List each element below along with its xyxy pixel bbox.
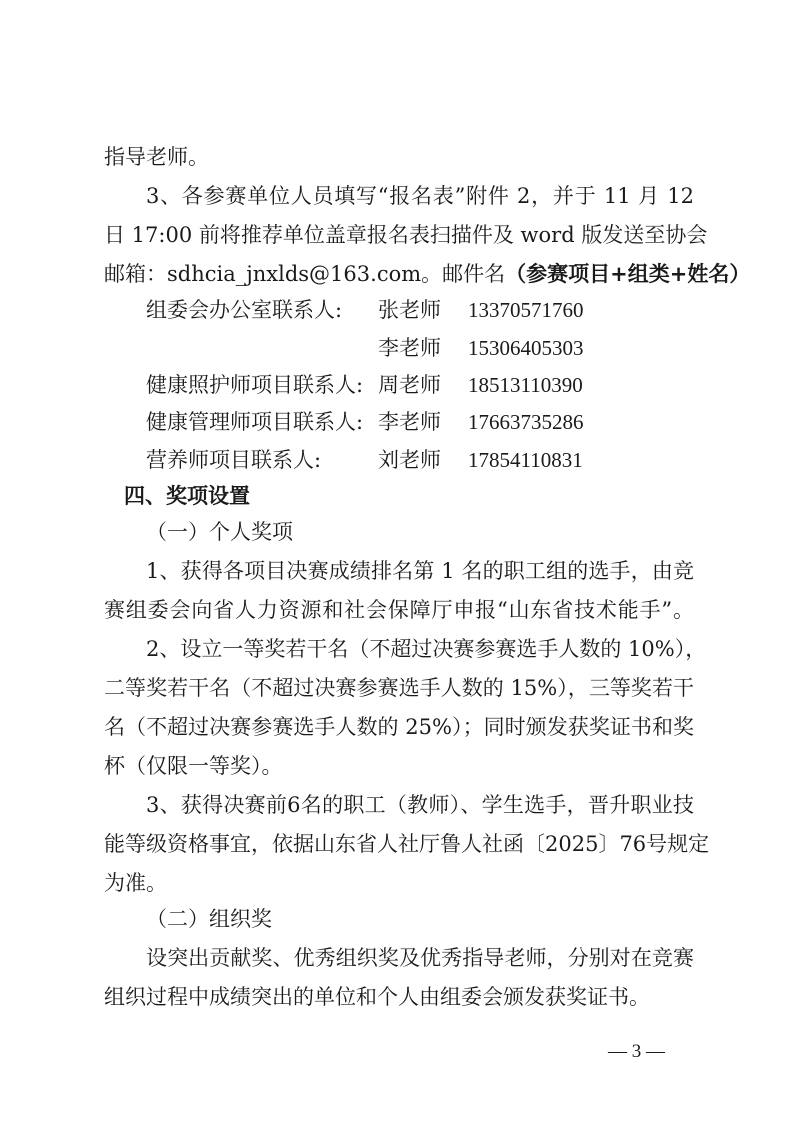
paragraph-line: 3、获得决赛前6名的职工（教师）、学生选手，晋升职业技 [146,792,694,818]
paragraph-line: 二等奖若干名（不超过决赛参赛选手人数的 15%），三等奖若干 [104,675,694,701]
paragraph-line: 为准。 [104,870,694,896]
paragraph-line: 能等级资格事宜，依据山东省人社厅鲁人社函〔2025〕76号规定 [104,831,694,857]
paragraph-line: 设突出贡献奖、优秀组织奖及优秀指导老师，分别对在竞赛 [146,945,694,971]
contact-label: 健康照护师项目联系人: [146,372,363,398]
subsection-heading: （二）组织奖 [146,906,736,932]
paragraph-line: 杯（仅限一等奖）。 [104,753,694,779]
email-line: 邮箱：sdhcia_jnxlds@163.com。邮件名（参赛项目+组类+姓名） [104,261,694,287]
section-heading: 四、奖项设置 [124,483,714,509]
email-text: 邮箱：sdhcia_jnxlds@163.com。邮件名 [104,262,505,286]
contact-name: 李老师 [378,409,441,435]
paragraph-line: 名（不超过决赛参赛选手人数的 25%）；同时颁发获奖证书和奖 [104,714,694,740]
email-subject-format: （参赛项目+组类+姓名） [505,262,750,286]
paragraph-line: 1、获得各项目决赛成绩排名第 1 名的职工组的选手，由竞 [146,558,694,584]
contact-label: 组委会办公室联系人: [146,297,342,323]
contact-name: 张老师 [378,297,441,323]
contact-name: 李老师 [378,335,441,361]
contact-label: 营养师项目联系人: [146,447,321,473]
contact-label: 健康管理师项目联系人: [146,409,363,435]
paragraph-line: 组织过程中成绩突出的单位和个人由组委会颁发获奖证书。 [104,984,694,1010]
paragraph-line: 3、各参赛单位人员填写“报名表”附件 2，并于 11 月 12 [146,183,694,209]
page-number: — 3 — [608,1040,665,1064]
subsection-heading: （一）个人奖项 [146,519,736,545]
contact-phone: 17663735286 [468,409,584,435]
contact-phone: 15306405303 [468,335,584,361]
contact-name: 刘老师 [378,447,441,473]
contact-phone: 13370571760 [468,297,584,323]
document-page: 指导老师。 3、各参赛单位人员填写“报名表”附件 2，并于 11 月 12 日 … [0,0,794,1123]
paragraph-line: 2、设立一等奖若干名（不超过决赛参赛选手人数的 10%）， [146,636,694,662]
paragraph-line: 赛组委会向省人力资源和社会保障厅申报“山东省技术能手”。 [104,597,694,623]
paragraph-line: 日 17:00 前将推荐单位盖章报名表扫描件及 word 版发送至协会 [104,222,694,248]
contact-phone: 18513110390 [468,372,583,398]
contact-phone: 17854110831 [468,447,583,473]
contact-name: 周老师 [378,372,441,398]
paragraph-line: 指导老师。 [104,144,694,170]
